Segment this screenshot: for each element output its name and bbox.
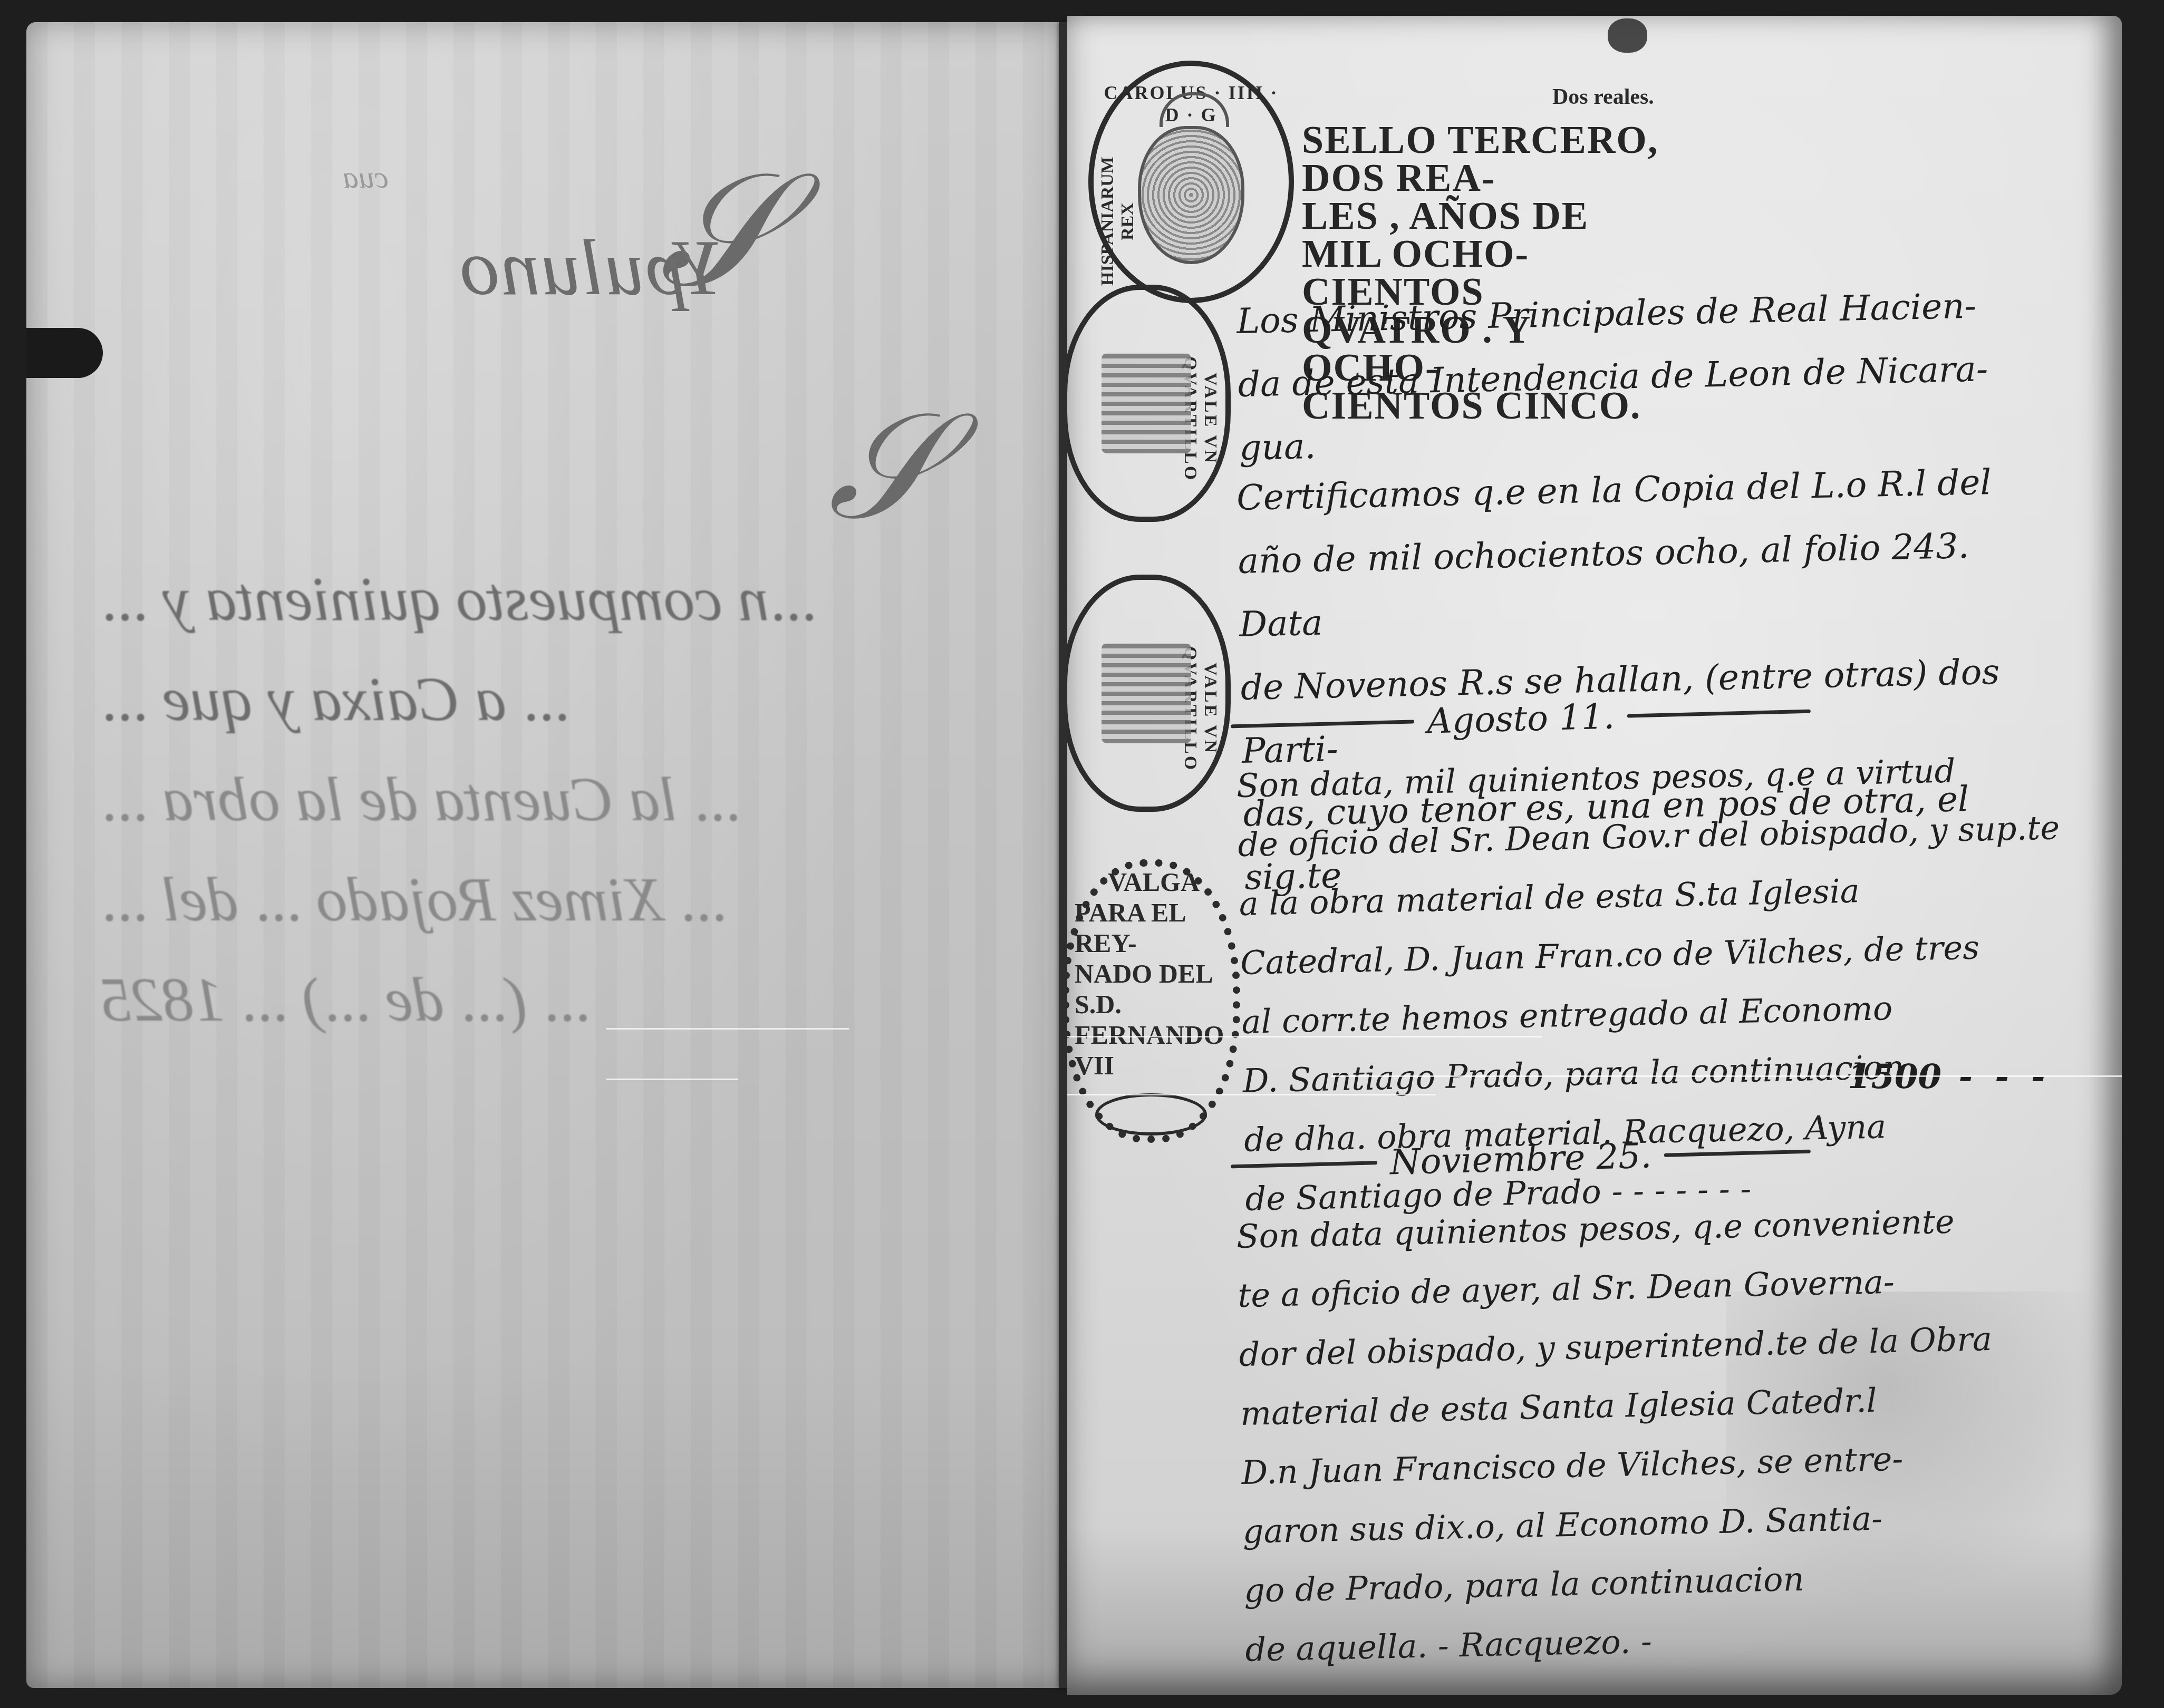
entry-paragraph: Son data quinientos pesos, q.e convenien…: [1236, 1190, 2068, 1679]
left-page-heading: Ypuluno: [459, 222, 722, 313]
left-corner-mark: cua: [343, 159, 389, 196]
divider-rule: [1231, 720, 1414, 728]
royal-seal: CAROLUS · IIII · D · G HISPANIARUM REX: [1088, 61, 1294, 303]
seal-ring-text: HISPANIARUM REX: [1098, 145, 1138, 298]
vale-quartillo-seal: VALE VN QVARTILLO: [1067, 285, 1231, 522]
film-scratch: [1067, 1094, 1436, 1095]
vale-quartillo-seal: VALE VN QVARTILLO: [1067, 575, 1231, 812]
right-page: CAROLUS · IIII · D · G HISPANIARUM REX D…: [1067, 16, 2122, 1695]
page-tab-marker: [26, 328, 103, 378]
coat-of-arms-icon: [1138, 126, 1244, 264]
intro-paragraph: Los Ministros Principales de Real Hacien…: [1236, 273, 2062, 480]
ink-blot: [1608, 18, 1647, 53]
film-scratch: [1067, 1036, 1542, 1037]
film-scratch: [606, 1028, 849, 1030]
stamp-header-line: LES , AÑOS DE MIL OCHO-: [1302, 197, 1660, 273]
film-scratch: [606, 1079, 738, 1080]
entry-date: Noviembre 25.: [1377, 1135, 1665, 1183]
seal-line: VALGA: [1108, 867, 1200, 897]
book-binding: [1059, 22, 1067, 1688]
castle-icon: [1102, 353, 1191, 453]
signature-rubric-icon: [1095, 1093, 1207, 1136]
text-line: año de mil ochocientos ocho, al folio 24…: [1238, 512, 2063, 656]
seal-line: FERNANDO VII: [1075, 1020, 1233, 1081]
bleed-line: ...n compuesto quinienta y ...: [100, 549, 816, 649]
bleed-line: ... a Caixa y que ...: [100, 649, 568, 750]
entry-date: Agosto 11.: [1414, 696, 1628, 742]
divider-rule: [1664, 1150, 1811, 1157]
divider-rule: [1231, 1161, 1377, 1168]
bleed-line: ... (... de ...) ... 1825: [100, 950, 589, 1050]
stamp-header-line: SELLO TERCERO, DOS REA-: [1302, 121, 1660, 197]
bleed-line: ... la Cuenta de la obra ...: [100, 750, 740, 850]
flourish-icon: 𝒮: [828, 381, 942, 554]
film-scratch: [1331, 1075, 2122, 1077]
fernando-vii-seal: VALGA PARA EL REY- NADO DEL S.D. FERNAND…: [1067, 859, 1240, 1143]
bleed-line: ... Ximez Rojado ... del ...: [100, 850, 726, 950]
seal-line: PARA EL REY-: [1075, 897, 1233, 958]
stamp-value: Dos reales.: [1552, 84, 1654, 110]
castle-icon: [1102, 643, 1191, 743]
left-page: cua 𝒮 𝒮 Ypuluno ...n compuesto quinienta…: [26, 22, 1062, 1688]
left-page-bleed-text: ...n compuesto quinienta y ... ... a Cai…: [100, 549, 891, 1050]
divider-rule: [1627, 710, 1811, 718]
seal-line: NADO DEL S.D.: [1075, 958, 1233, 1020]
